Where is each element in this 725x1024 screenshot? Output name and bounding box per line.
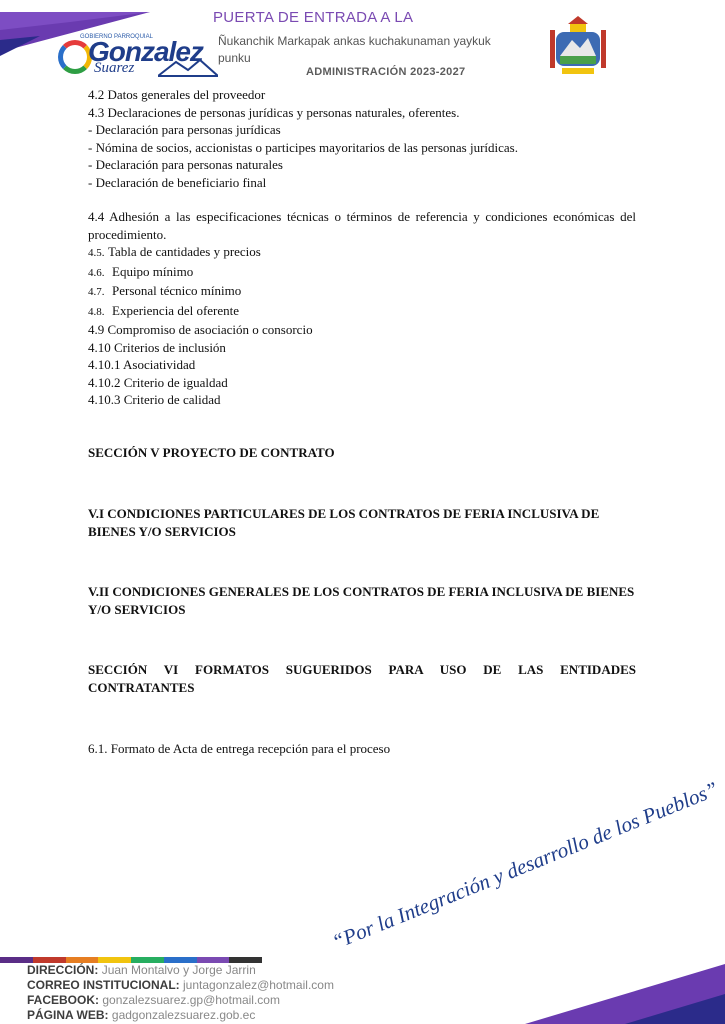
bullet-beneficiary: - Declaración de beneficiario final — [88, 174, 636, 192]
section-5-heading: SECCIÓN V PROYECTO DE CONTRATO — [88, 444, 636, 462]
document-body: 4.2 Datos generales del proveedor 4.3 De… — [88, 86, 636, 758]
header-administration: ADMINISTRACIÓN 2023-2027 — [306, 66, 465, 78]
item-4-10: 4.10 Criterios de inclusión — [88, 339, 636, 357]
item-4-10-1: 4.10.1 Asociatividad — [88, 356, 636, 374]
footer-wedge-decoration — [425, 944, 725, 1024]
header-kichwa-motto: Ñukanchik Markapak ankas kuchakunaman ya… — [218, 33, 498, 67]
section-v2-heading: V.II CONDICIONES GENERALES DE LOS CONTRA… — [88, 583, 636, 618]
footer-slogan: “Por la Integración y desarrollo de los … — [329, 797, 672, 955]
footer-website: PÁGINA WEB: gadgonzalezsuarez.gob.ec — [27, 1008, 334, 1023]
item-4-4: 4.4 Adhesión a las especificaciones técn… — [88, 208, 636, 243]
section-v1-heading: V.I CONDICIONES PARTICULARES DE LOS CONT… — [88, 505, 636, 540]
section-6-heading: SECCIÓN VI FORMATOS SUGUERIDOS PARA USO … — [88, 661, 636, 696]
mountain-icon — [158, 58, 218, 78]
footer-contact: DIRECCIÓN: Juan Montalvo y Jorge Jarrin … — [27, 963, 334, 1023]
item-4-3: 4.3 Declaraciones de personas jurídicas … — [88, 104, 636, 122]
bullet-natural-persons: - Declaración para personas naturales — [88, 156, 636, 174]
footer-email: CORREO INSTITUCIONAL: juntagonzalez@hotm… — [27, 978, 334, 993]
header-title: PUERTA DE ENTRADA A LA — [213, 9, 413, 26]
parish-crest-icon — [548, 12, 608, 78]
item-4-6: 4.6.Equipo mínimo — [88, 263, 636, 283]
item-4-2: 4.2 Datos generales del proveedor — [88, 86, 636, 104]
footer-address: DIRECCIÓN: Juan Montalvo y Jorge Jarrin — [27, 963, 334, 978]
item-4-5: 4.5.Tabla de cantidades y precios — [88, 243, 636, 263]
parish-logo: GOBIERNO PARROQUIAL Gonzalez Suarez — [58, 34, 218, 78]
footer-facebook: FACEBOOK: gonzalezsuarez.gp@hotmail.com — [27, 993, 334, 1008]
logo-subname: Suarez — [94, 60, 134, 77]
item-4-9: 4.9 Compromiso de asociación o consorcio — [88, 321, 636, 339]
logo-g-icon — [58, 40, 92, 74]
bullet-legal-persons: - Declaración para personas jurídicas — [88, 121, 636, 139]
item-4-10-2: 4.10.2 Criterio de igualdad — [88, 374, 636, 392]
item-4-7: 4.7.Personal técnico mínimo — [88, 282, 636, 302]
item-4-8: 4.8.Experiencia del oferente — [88, 302, 636, 322]
item-6-1: 6.1. Formato de Acta de entrega recepció… — [88, 740, 636, 758]
bullet-shareholders: - Nómina de socios, accionistas o partic… — [88, 139, 636, 157]
item-4-10-3: 4.10.3 Criterio de calidad — [88, 391, 636, 409]
